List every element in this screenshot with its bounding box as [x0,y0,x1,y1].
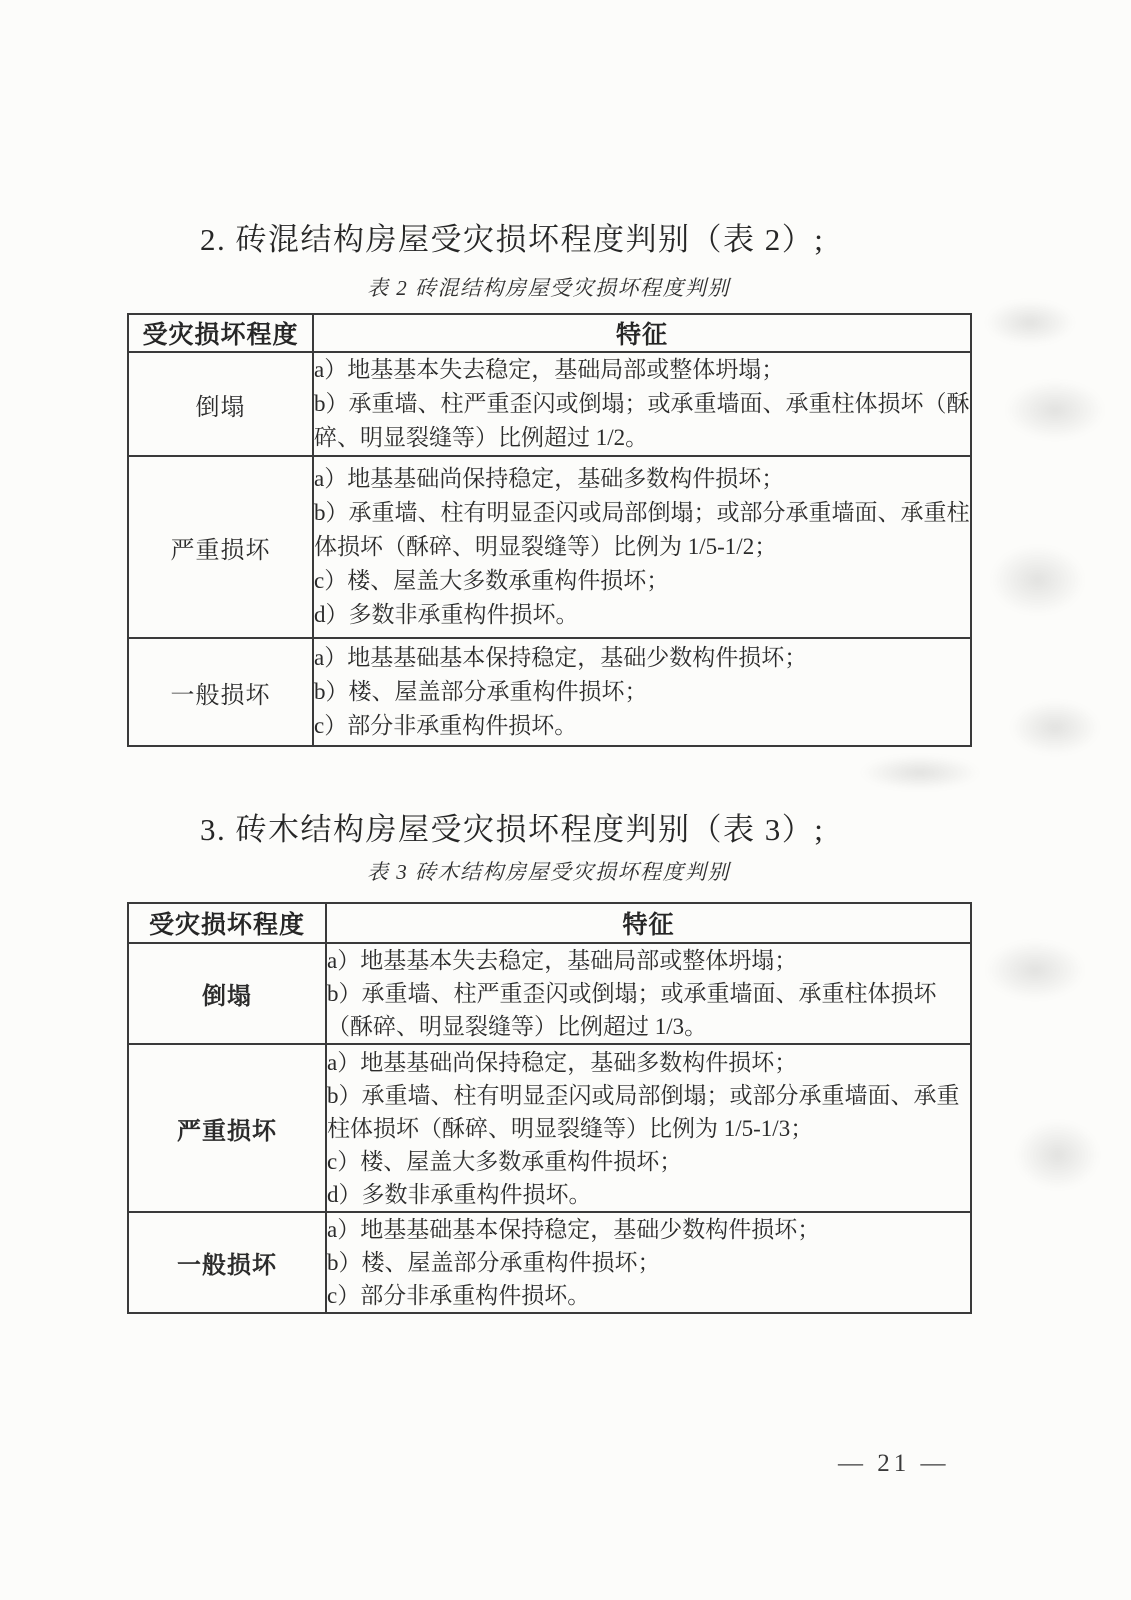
feature-item: b）承重墙、柱严重歪闪或倒塌；或承重墙面、承重柱体损坏（酥碎、明显裂缝等）比例超… [314,387,970,455]
table-row: 严重损坏 a）地基基础尚保持稳定，基础多数构件损坏； b）承重墙、柱有明显歪闪或… [128,456,971,638]
feature-item: b）楼、屋盖部分承重构件损坏； [327,1246,970,1279]
document-page: 2. 砖混结构房屋受灾损坏程度判别（表 2）; 表 2 砖混结构房屋受灾损坏程度… [0,0,1131,1600]
damage-level: 倒塌 [128,943,326,1044]
feature-item: c）楼、屋盖大多数承重构件损坏； [327,1145,970,1178]
damage-features: a）地基基本失去稳定，基础局部或整体坍塌； b）承重墙、柱严重歪闪或倒塌；或承重… [313,352,971,456]
table-row: 严重损坏 a）地基基础尚保持稳定，基础多数构件损坏； b）承重墙、柱有明显歪闪或… [128,1044,971,1212]
page-number: — 21 — [838,1450,950,1478]
table-2-header-features: 特征 [313,314,971,352]
feature-item: c）楼、屋盖大多数承重构件损坏； [314,564,970,598]
section-3-heading: 3. 砖木结构房屋受灾损坏程度判别（表 3）; [200,804,824,849]
table-3: 受灾损坏程度 特征 倒塌 a）地基基本失去稳定，基础局部或整体坍塌； b）承重墙… [127,902,972,1314]
feature-item: a）地基基础基本保持稳定，基础少数构件损坏； [314,641,970,675]
table-row: 一般损坏 a）地基基础基本保持稳定，基础少数构件损坏； b）楼、屋盖部分承重构件… [128,638,971,746]
table-row: 倒塌 a）地基基本失去稳定，基础局部或整体坍塌； b）承重墙、柱严重歪闪或倒塌；… [128,352,971,456]
damage-level: 倒塌 [128,352,313,456]
table-3-header-row: 受灾损坏程度 特征 [128,903,971,943]
scan-artifact [985,940,1085,1000]
table-row: 一般损坏 a）地基基础基本保持稳定，基础少数构件损坏； b）楼、屋盖部分承重构件… [128,1212,971,1313]
feature-item: b）承重墙、柱严重歪闪或倒塌；或承重墙面、承重柱体损坏（酥碎、明显裂缝等）比例超… [327,977,970,1043]
damage-features: a）地基基础尚保持稳定，基础多数构件损坏； b）承重墙、柱有明显歪闪或局部倒塌；… [313,456,971,638]
table-3-header-features: 特征 [326,903,971,943]
table-2: 受灾损坏程度 特征 倒塌 a）地基基本失去稳定，基础局部或整体坍塌； b）承重墙… [127,313,972,747]
table-2-header-level: 受灾损坏程度 [128,314,313,352]
damage-features: a）地基基础基本保持稳定，基础少数构件损坏； b）楼、屋盖部分承重构件损坏； c… [326,1212,971,1313]
table-row: 倒塌 a）地基基本失去稳定，基础局部或整体坍塌； b）承重墙、柱严重歪闪或倒塌；… [128,943,971,1044]
feature-item: d）多数非承重构件损坏。 [314,598,970,632]
scan-artifact [990,545,1085,615]
feature-item: b）承重墙、柱有明显歪闪或局部倒塌；或部分承重墙面、承重柱体损坏（酥碎、明显裂缝… [327,1079,970,1145]
damage-level: 一般损坏 [128,1212,326,1313]
feature-item: c）部分非承重构件损坏。 [327,1279,970,1312]
table-3-header-level: 受灾损坏程度 [128,903,326,943]
scan-artifact [985,300,1075,345]
scan-artifact [1015,1120,1100,1190]
table-2-caption: 表 2 砖混结构房屋受灾损坏程度判别 [127,272,970,302]
table-3-caption: 表 3 砖木结构房屋受灾损坏程度判别 [127,856,970,886]
section-2-heading: 2. 砖混结构房屋受灾损坏程度判别（表 2）; [200,214,824,259]
feature-item: a）地基基础基本保持稳定，基础少数构件损坏； [327,1213,970,1246]
feature-item: a）地基基本失去稳定，基础局部或整体坍塌； [314,353,970,387]
feature-item: d）多数非承重构件损坏。 [327,1178,970,1211]
damage-features: a）地基基本失去稳定，基础局部或整体坍塌； b）承重墙、柱严重歪闪或倒塌；或承重… [326,943,971,1044]
feature-item: b）楼、屋盖部分承重构件损坏； [314,675,970,709]
damage-features: a）地基基础基本保持稳定，基础少数构件损坏； b）楼、屋盖部分承重构件损坏； c… [313,638,971,746]
feature-item: a）地基基础尚保持稳定，基础多数构件损坏； [327,1046,970,1079]
feature-item: a）地基基础尚保持稳定，基础多数构件损坏； [314,462,970,496]
damage-features: a）地基基础尚保持稳定，基础多数构件损坏； b）承重墙、柱有明显歪闪或局部倒塌；… [326,1044,971,1212]
scan-artifact [1010,700,1100,755]
scan-artifact [1005,380,1105,440]
damage-level: 严重损坏 [128,1044,326,1212]
damage-level: 一般损坏 [128,638,313,746]
scan-artifact [860,755,980,790]
table-2-header-row: 受灾损坏程度 特征 [128,314,971,352]
feature-item: a）地基基本失去稳定，基础局部或整体坍塌； [327,944,970,977]
feature-item: c）部分非承重构件损坏。 [314,709,970,743]
feature-item: b）承重墙、柱有明显歪闪或局部倒塌；或部分承重墙面、承重柱体损坏（酥碎、明显裂缝… [314,496,970,564]
damage-level: 严重损坏 [128,456,313,638]
